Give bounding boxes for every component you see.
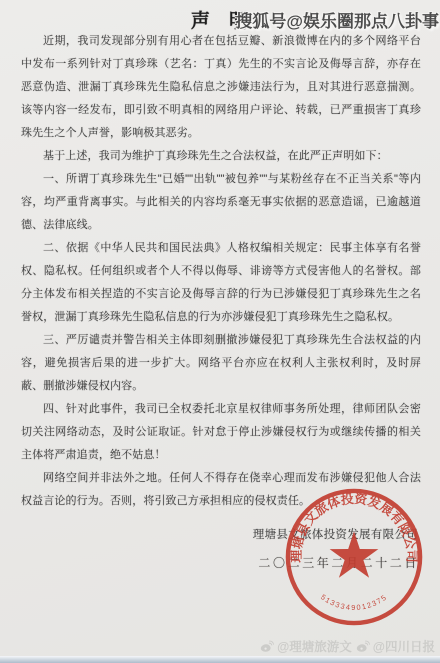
- photo-bottom-edge: [0, 656, 440, 663]
- bottom-watermark-account-2: @四川日报: [373, 637, 435, 655]
- statement-photo: 声 明 搜狐号@娱乐圈那点八卦事 近期，我司发现部分别有用心者在包括豆瓣、新浪微…: [0, 0, 440, 663]
- paragraph-item-1: 一、所谓丁真珍珠先生"已婚""出轨""被包养""与某粉丝存在不正当关系"等内容，…: [21, 168, 421, 237]
- paragraph-item-4: 四、针对此事件，我司已全权委托北京星权律师事务所处理，律师团队会密切关注网络动态…: [21, 398, 421, 467]
- paragraph-item-3: 三、严厉谴责并警告相关主体即刻删撤涉嫌侵犯丁真珍珠先生合法权益的内容，避免损害后…: [21, 329, 421, 398]
- statement-body: 近期，我司发现部分别有用心者在包括豆瓣、新浪微博在内的多个网络平台中发布一系列针…: [21, 30, 421, 513]
- bottom-watermark: @理塘旅游文 @四川日报: [259, 637, 435, 655]
- weibo-icon: [355, 640, 370, 653]
- paragraph-lead-in: 基于上述，我司为维护丁真珍珠先生之合法权益，在此严正声明如下：: [21, 145, 421, 168]
- bottom-watermark-account-1: @理塘旅游文: [277, 637, 352, 655]
- paragraph-item-2: 二、依据《中华人民共和国民法典》人格权编相关规定：民事主体享有名誉权、隐私权。任…: [21, 237, 421, 329]
- seal-star: [330, 531, 379, 577]
- official-seal: 理塘县文旅体投资发展有限公司 5133349012375: [282, 486, 426, 628]
- seal-code: 5133349012375: [319, 592, 389, 612]
- weibo-icon: [259, 640, 274, 653]
- paragraph-intro: 近期，我司发现部分别有用心者在包括豆瓣、新浪微博在内的多个网络平台中发布一系列针…: [21, 30, 421, 145]
- sohu-watermark: 搜狐号@娱乐圈那点八卦事: [235, 7, 439, 32]
